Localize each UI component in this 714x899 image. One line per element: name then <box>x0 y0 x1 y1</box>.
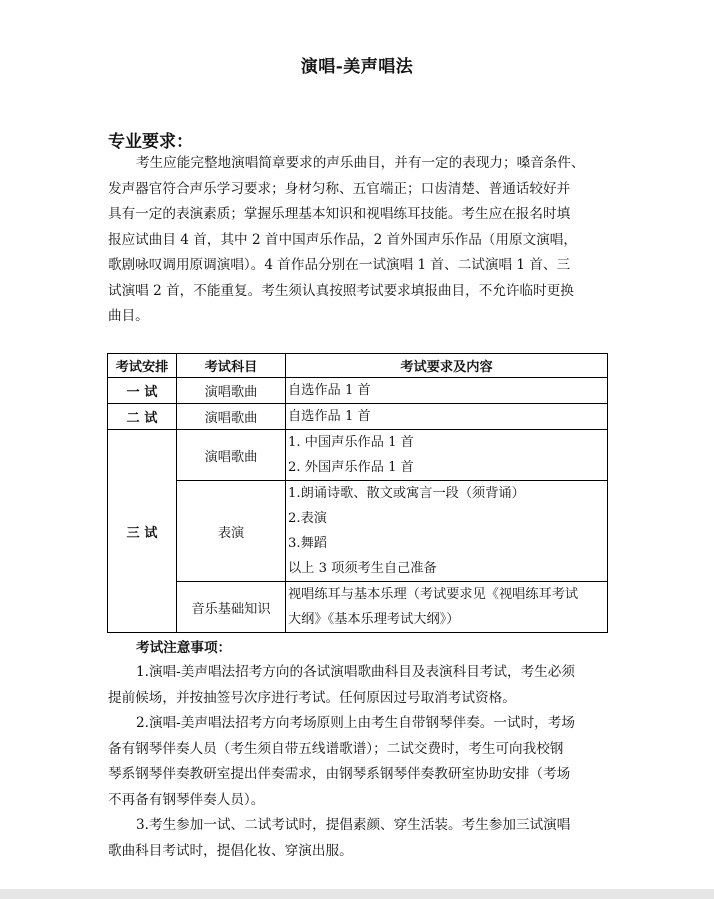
content-line: 2.表演 <box>288 506 605 531</box>
note-line: 歌曲科目考试时，提倡化妆、穿演出服。 <box>108 839 608 865</box>
content-line: 2. 外国声乐作品 1 首 <box>288 455 605 480</box>
content-line: 3.舞蹈 <box>288 531 605 556</box>
content-line: 视唱练耳与基本乐理（考试要求见《视唱练耳考试 <box>288 582 605 607</box>
document-page: 演唱-美声唱法 专业要求： 考生应能完整地演唱简章要求的声乐曲目，并有一定的表现… <box>0 0 714 889</box>
intro-line: 考生应能完整地演唱简章要求的声乐曲目，并有一定的表现力；嗓音条件、 <box>108 151 608 177</box>
intro-line: 试演唱 2 首，不能重复。考生须认真按照考试要求填报曲目，不允许临时更换 <box>108 279 608 305</box>
table-row: 三 试 演唱歌曲 1. 中国声乐作品 1 首 2. 外国声乐作品 1 首 <box>108 430 608 481</box>
stage-cell: 三 试 <box>108 430 177 633</box>
note-line: 不再备有钢琴伴奏人员）。 <box>108 788 608 814</box>
exam-table: 考试安排 考试科目 考试要求及内容 一 试 演唱歌曲 自选作品 1 首 二 试 … <box>107 353 608 633</box>
content-cell: 1. 中国声乐作品 1 首 2. 外国声乐作品 1 首 <box>286 430 608 481</box>
content-cell: 自选作品 1 首 <box>286 378 608 404</box>
intro-paragraph: 考生应能完整地演唱简章要求的声乐曲目，并有一定的表现力；嗓音条件、 发声器官符合… <box>108 151 608 330</box>
header-stage: 考试安排 <box>108 354 177 378</box>
intro-line: 曲目。 <box>108 304 608 330</box>
content-cell: 自选作品 1 首 <box>286 404 608 430</box>
content-line: 大纲》《基本乐理考试大纲》） <box>288 607 605 632</box>
note-line: 3.考生参加一试、二试考试时，提倡素颜、穿生活装。考生参加三试演唱 <box>108 813 608 839</box>
document-title: 演唱-美声唱法 <box>0 52 714 77</box>
subject-cell: 演唱歌曲 <box>177 404 286 430</box>
section-heading-requirements: 专业要求： <box>108 127 193 152</box>
header-subject: 考试科目 <box>177 354 286 378</box>
table-row: 音乐基础知识 视唱练耳与基本乐理（考试要求见《视唱练耳考试 大纲》《基本乐理考试… <box>108 582 608 633</box>
intro-line: 报应试曲目 4 首，其中 2 首中国声乐作品，2 首外国声乐作品（用原文演唱， <box>108 228 608 254</box>
subject-cell: 演唱歌曲 <box>177 378 286 404</box>
page-gap-strip <box>0 889 714 899</box>
notes-heading: 考试注意事项： <box>136 636 231 656</box>
table-row: 一 试 演唱歌曲 自选作品 1 首 <box>108 378 608 404</box>
table-row: 表演 1.朗诵诗歌、散文或寓言一段（须背诵） 2.表演 3.舞蹈 以上 3 项须… <box>108 481 608 582</box>
subject-cell: 表演 <box>177 481 286 582</box>
subject-cell: 音乐基础知识 <box>177 582 286 633</box>
note-line: 备有钢琴伴奏人员（考生须自带五线谱歌谱）；二试交费时，考生可向我校钢 <box>108 737 608 763</box>
note-line: 1.演唱-美声唱法招考方向的各试演唱歌曲科目及表演科目考试，考生必须 <box>108 660 608 686</box>
intro-line: 具有一定的表演素质；掌握乐理基本知识和视唱练耳技能。考生应在报名时填 <box>108 202 608 228</box>
intro-line: 发声器官符合声乐学习要求；身材匀称、五官端正；口齿清楚、普通话较好并 <box>108 177 608 203</box>
content-line: 1.朗诵诗歌、散文或寓言一段（须背诵） <box>288 481 605 506</box>
note-line: 琴系钢琴伴奏教研室提出伴奏需求，由钢琴系钢琴伴奏教研室协助安排（考场 <box>108 762 608 788</box>
table-header-row: 考试安排 考试科目 考试要求及内容 <box>108 354 608 378</box>
table-row: 二 试 演唱歌曲 自选作品 1 首 <box>108 404 608 430</box>
stage-cell: 二 试 <box>108 404 177 430</box>
notes-section: 1.演唱-美声唱法招考方向的各试演唱歌曲科目及表演科目考试，考生必须 提前候场，… <box>108 660 608 864</box>
content-line: 1. 中国声乐作品 1 首 <box>288 430 605 455</box>
stage-cell: 一 试 <box>108 378 177 404</box>
subject-cell: 演唱歌曲 <box>177 430 286 481</box>
content-line: 以上 3 项须考生自己准备 <box>288 556 605 581</box>
header-content: 考试要求及内容 <box>286 354 608 378</box>
content-cell: 视唱练耳与基本乐理（考试要求见《视唱练耳考试 大纲》《基本乐理考试大纲》） <box>286 582 608 633</box>
content-cell: 1.朗诵诗歌、散文或寓言一段（须背诵） 2.表演 3.舞蹈 以上 3 项须考生自… <box>286 481 608 582</box>
note-line: 2.演唱-美声唱法招考方向考场原则上由考生自带钢琴伴奏。一试时，考场 <box>108 711 608 737</box>
note-line: 提前候场，并按抽签号次序进行考试。任何原因过号取消考试资格。 <box>108 686 608 712</box>
intro-line: 歌剧咏叹调用原调演唱）。4 首作品分别在一试演唱 1 首、二试演唱 1 首、三 <box>108 253 608 279</box>
